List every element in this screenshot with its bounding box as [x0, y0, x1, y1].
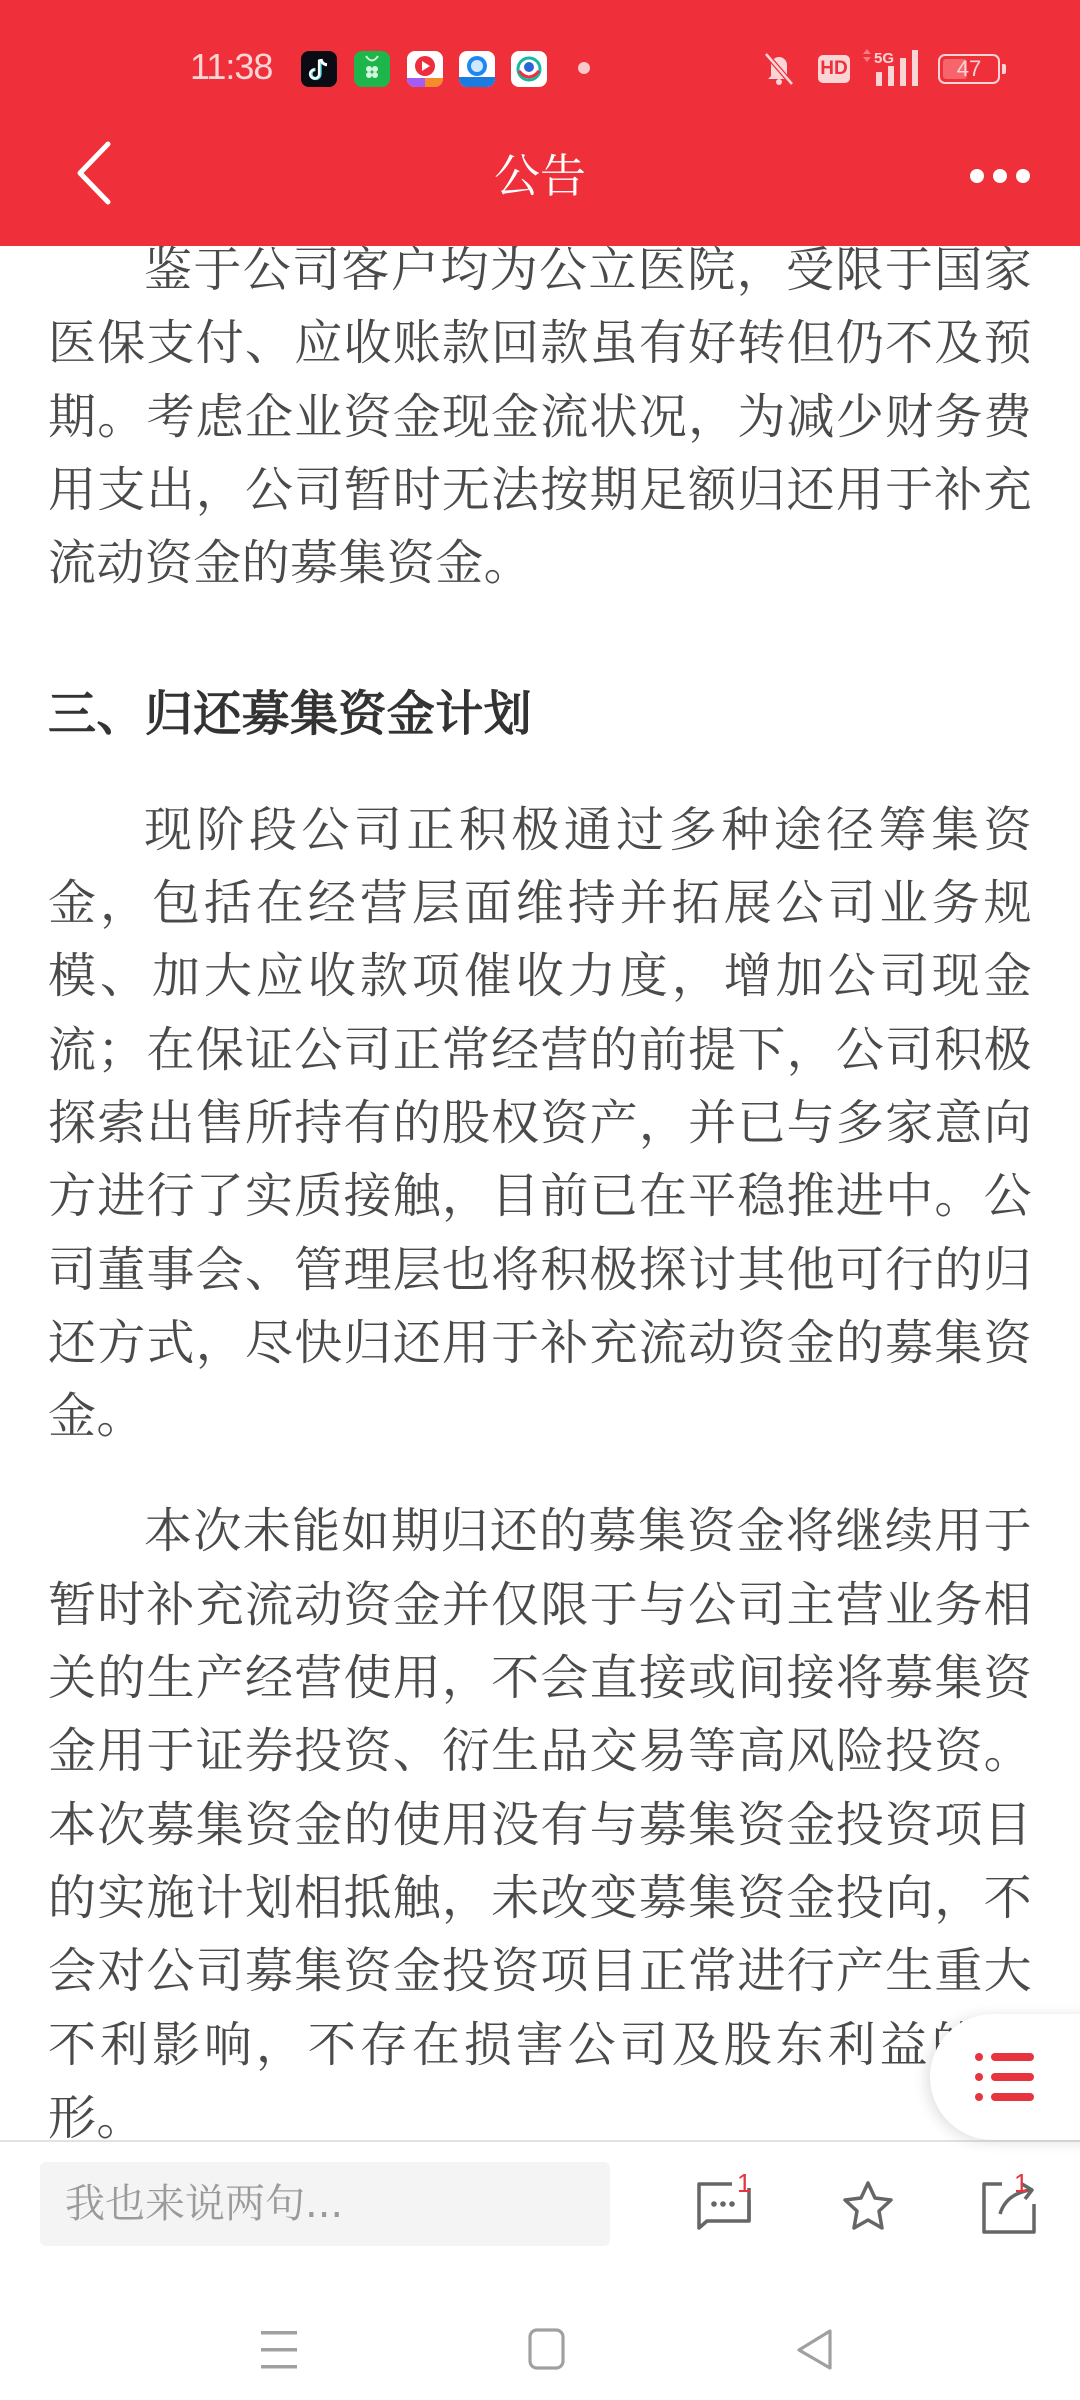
douyin-icon — [301, 51, 337, 87]
more-dot — [993, 169, 1007, 183]
mute-bell-icon — [762, 48, 796, 88]
app-bar: 公告 — [0, 130, 1080, 246]
status-bar: 11:38 HD 5G 47 — [0, 0, 1080, 130]
battery-icon: 47 — [938, 54, 1000, 84]
share-count-badge: 1 — [1014, 2168, 1028, 2199]
video-app-icon — [407, 51, 443, 87]
more-notifications-dot — [578, 62, 590, 74]
home-icon — [527, 2325, 567, 2375]
hd-icon: HD — [818, 55, 850, 83]
status-time: 11:38 — [190, 46, 272, 88]
star-icon — [840, 2180, 896, 2236]
page-title: 公告 — [0, 148, 1080, 204]
recents-button[interactable] — [234, 2310, 324, 2390]
bottom-action-bar: 1 1 — [0, 2140, 1080, 2290]
top-bar: 11:38 HD 5G 47 — [0, 0, 1080, 246]
section-heading: 三、归还募集资金计划 — [48, 678, 1032, 751]
svg-text:5G: 5G — [874, 50, 894, 67]
table-of-contents-button[interactable] — [930, 2014, 1080, 2140]
comment-input[interactable] — [40, 2162, 610, 2246]
system-nav-bar — [0, 2290, 1080, 2400]
paragraph-3: 本次未能如期归还的募集资金将继续用于暂时补充流动资金并仅限于与公司主营业务相关的… — [48, 1495, 1032, 2140]
more-dots-icon — [970, 169, 984, 183]
recents-icon — [259, 2325, 299, 2375]
qq-browser-icon — [459, 51, 495, 87]
article-content[interactable]: 鉴于公司客户均为公立医院，受限于国家医保支付、应收账款回款虽有好转但仍不及预期。… — [0, 246, 1080, 2140]
paragraph-2: 现阶段公司正积极通过多种途径筹集资金，包括在经营层面维持并拓展公司业务规模、加大… — [48, 794, 1032, 1454]
list-toc-icon — [974, 2051, 1034, 2103]
wechat-pay-icon — [354, 51, 390, 87]
paragraph-1: 鉴于公司客户均为公立医院，受限于国家医保支付、应收账款回款虽有好转但仍不及预期。… — [48, 246, 1032, 600]
share-button[interactable]: 1 — [974, 2166, 1044, 2246]
home-button[interactable] — [502, 2310, 592, 2390]
share-icon — [982, 2180, 1038, 2236]
more-options-button[interactable] — [955, 150, 1045, 200]
battery-percent: 47 — [940, 56, 998, 81]
more-dot — [1016, 169, 1030, 183]
back-nav-button[interactable] — [770, 2310, 860, 2390]
comment-count-badge: 1 — [737, 2168, 751, 2199]
article-scroll: 鉴于公司客户均为公立医院，受限于国家医保支付、应收账款回款虽有好转但仍不及预期。… — [48, 246, 1032, 2140]
favorite-button[interactable] — [832, 2166, 902, 2246]
news-app-icon — [511, 51, 547, 87]
comment-button[interactable]: 1 — [688, 2166, 758, 2246]
5g-signal-icon: 5G — [860, 48, 922, 88]
back-icon — [795, 2325, 835, 2375]
